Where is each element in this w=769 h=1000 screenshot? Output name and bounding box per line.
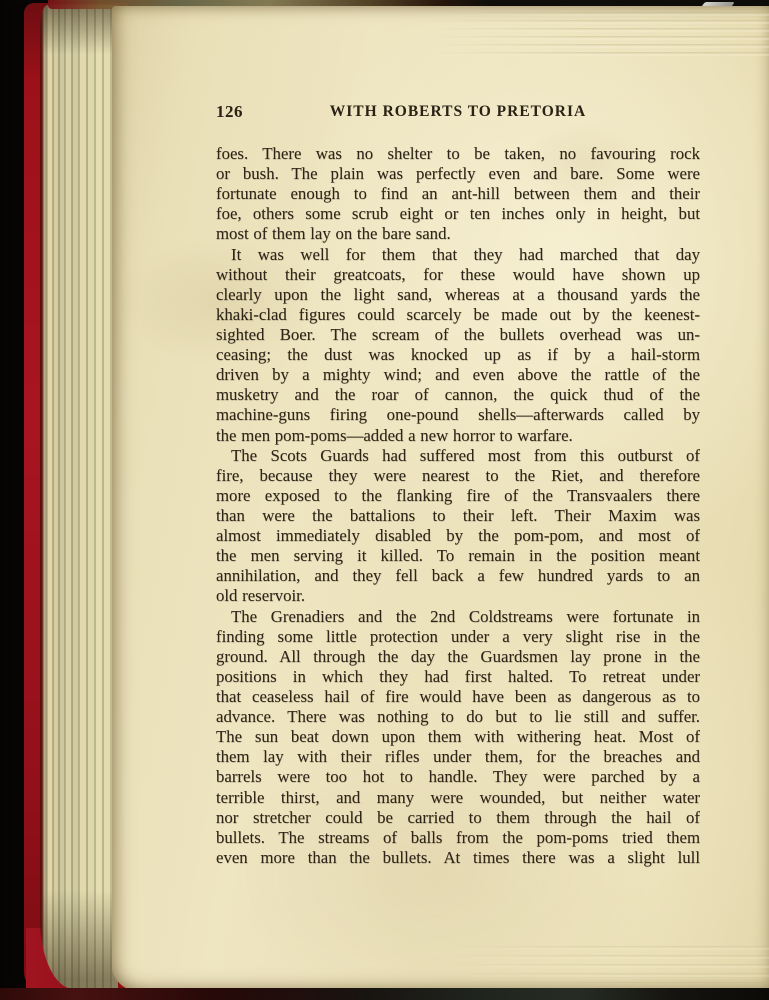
paragraph: The Grenadiers and the 2nd Coldstreams w… [216,607,700,868]
text-line: finding some little protection under a v… [216,627,700,647]
paragraph: It was well for them that they had march… [216,245,700,446]
text-block: foes. There was no shelter to be taken, … [216,144,700,868]
text-line: more exposed to the flanking fire of the… [216,486,700,506]
text-line: ceasing; the dust was knocked up as if b… [216,345,700,365]
book-page: 126 WITH ROBERTS TO PRETORIA foes. There… [112,6,769,991]
paragraph: foes. There was no shelter to be taken, … [216,144,700,245]
text-line: foe, others some scrub eight or ten inch… [216,204,700,224]
text-line: the men serving it killed. To remain in … [216,546,700,566]
text-line: the men pom-poms—added a new horror to w… [216,426,700,446]
text-line: foes. There was no shelter to be taken, … [216,144,700,164]
text-line: or bush. The plain was perfectly even an… [216,164,700,184]
page-edge-lines-top [429,8,769,60]
running-title: WITH ROBERTS TO PRETORIA [216,103,700,121]
text-line: advance. There was nothing to do but to … [216,707,700,727]
text-line: fire, because they were nearest to the R… [216,466,700,486]
text-line: driven by a mighty wind; and even above … [216,365,700,385]
fanned-page-edges [40,5,118,989]
text-line: than were the battalions to their left. … [216,506,700,526]
text-line: sighted Boer. The scream of the bullets … [216,325,700,345]
page-edge-lines-bottom [439,941,769,983]
page-header: 126 WITH ROBERTS TO PRETORIA [216,102,700,124]
text-line: The sun beat down upon them with witheri… [216,727,700,747]
text-line: them lay with their rifles under them, f… [216,747,700,767]
text-line: ground. All through the day the Guardsme… [216,647,700,667]
book-scan-photo: 126 WITH ROBERTS TO PRETORIA foes. There… [0,0,769,1000]
text-line: even more than the bullets. At times the… [216,848,700,868]
text-line: without their greatcoats, for these woul… [216,265,700,285]
text-line: nor stretcher could be carried to them t… [216,808,700,828]
text-line: barrels were too hot to handle. They wer… [216,767,700,787]
text-line: bullets. The streams of balls from the p… [216,828,700,848]
book-bottom-edge [0,988,769,1000]
text-line: musketry and the roar of cannon, the qui… [216,385,700,405]
paragraph: The Scots Guards had suffered most from … [216,446,700,607]
text-line: old reservoir. [216,586,700,606]
text-line: terrible thirst, and many were wounded, … [216,788,700,808]
text-line: annihilation, and they fell back a few h… [216,566,700,586]
text-line: The Grenadiers and the 2nd Coldstreams w… [216,607,700,627]
text-line: positions in which they had first halted… [216,667,700,687]
text-line: It was well for them that they had march… [216,245,700,265]
text-line: almost immediately disabled by the pom-p… [216,526,700,546]
text-line: machine-guns firing one-pound shells—aft… [216,405,700,425]
text-line: clearly upon the light sand, whereas at … [216,285,700,305]
text-line: fortunate enough to find an ant-hill bet… [216,184,700,204]
text-line: most of them lay on the bare sand. [216,224,700,244]
text-line: khaki-clad figures could scarcely be mad… [216,305,700,325]
text-line: that ceaseless hail of fire would have b… [216,687,700,707]
text-line: The Scots Guards had suffered most from … [216,446,700,466]
